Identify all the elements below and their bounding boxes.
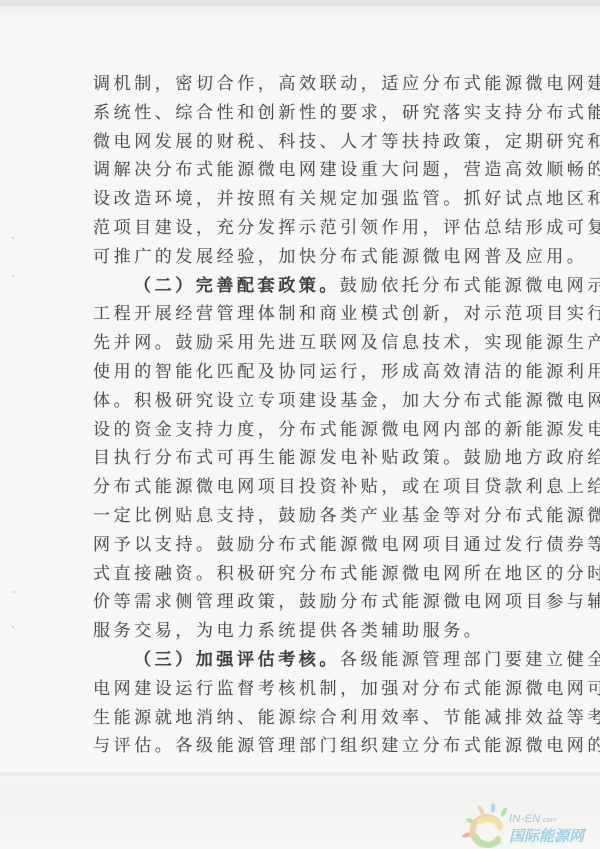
body-line: 系统性、综合性和创新性的要求，研究落实支持分布式能源	[93, 99, 513, 128]
sun-swirl-logo-icon	[462, 803, 510, 849]
scanned-document-page: 调机制，密切合作，高效联动，适应分布式能源微电网建设 系统性、综合性和创新性的要…	[0, 0, 600, 849]
in-en-watermark-logo: IN-EN.com 国际能源网	[462, 803, 600, 849]
body-line: 调机制，密切合作，高效联动，适应分布式能源微电网建设	[93, 70, 513, 99]
body-line: 生能源就地消纳、能源综合利用效率、节能减排效益等考核	[93, 704, 513, 733]
body-line: 范项目建设，充分发挥示范引领作用，评估总结形成可复制、	[93, 214, 513, 243]
watermark-domain-suffix: .com	[540, 817, 556, 824]
section-3-heading: （三）加强评估考核。	[134, 650, 340, 670]
body-line: 使用的智能化匹配及协同运行，形成高效清洁的能源利用载	[93, 358, 513, 387]
section-3-first-line: （三）加强评估考核。各级能源管理部门要建立健全微	[93, 646, 513, 675]
body-line: 服务交易，为电力系统提供各类辅助服务。	[93, 617, 513, 646]
scan-edge-bottom	[0, 772, 600, 776]
scan-speck	[12, 626, 14, 628]
section-3-lead-text: 各级能源管理部门要建立健全微	[340, 650, 600, 670]
body-line: 先并网。鼓励采用先进互联网及信息技术，实现能源生产和	[93, 329, 513, 358]
body-line: 一定比例贴息支持，鼓励各类产业基金等对分布式能源微电	[93, 502, 513, 531]
watermark-site-name: 国际能源网	[509, 825, 584, 846]
body-line: 式直接融资。积极研究分布式能源微电网所在地区的分时电	[93, 560, 513, 589]
body-line: 设的资金支持力度，分布式能源微电网内部的新能源发电项	[93, 416, 513, 445]
body-line: 微电网发展的财税、科技、人才等扶持政策，定期研究和协	[93, 128, 513, 157]
section-2-lead-text: 鼓励依托分布式能源微电网示范	[340, 276, 600, 296]
body-line: 体。积极研究设立专项建设基金，加大分布式能源微电网建	[93, 387, 513, 416]
body-line: 分布式能源微电网项目投资补贴，或在项目贷款利息上给予	[93, 473, 513, 502]
scan-speck	[12, 275, 14, 277]
section-2-heading: （二）完善配套政策。	[134, 276, 340, 296]
watermark-domain-main: IN-EN	[509, 813, 540, 825]
body-line: 价等需求侧管理政策，鼓励分布式能源微电网项目参与辅助	[93, 588, 513, 617]
body-line: 设改造环境，并按照有关规定加强监管。抓好试点地区和示	[93, 185, 513, 214]
watermark-domain: IN-EN.com	[509, 813, 557, 825]
body-line: 可推广的发展经验，加快分布式能源微电网普及应用。	[93, 243, 513, 272]
body-line: 网予以支持。鼓励分布式能源微电网项目通过发行债券等方	[93, 531, 513, 560]
body-line: 调解决分布式能源微电网建设重大问题，营造高效顺畅的建	[93, 156, 513, 185]
document-body: 调机制，密切合作，高效联动，适应分布式能源微电网建设 系统性、综合性和创新性的要…	[93, 70, 513, 761]
body-line: 与评估。各级能源管理部门组织建立分布式能源微电网的监	[93, 732, 513, 761]
section-2-first-line: （二）完善配套政策。鼓励依托分布式能源微电网示范	[93, 272, 513, 301]
scan-edge-top	[0, 0, 600, 6]
body-line: 电网建设运行监督考核机制，加强对分布式能源微电网可再	[93, 675, 513, 704]
body-line: 目执行分布式可再生能源发电补贴政策。鼓励地方政府给予	[93, 444, 513, 473]
body-line: 工程开展经营管理体制和商业模式创新，对示范项目实行优	[93, 300, 513, 329]
scan-speck	[13, 591, 15, 593]
scan-speck	[12, 237, 14, 239]
